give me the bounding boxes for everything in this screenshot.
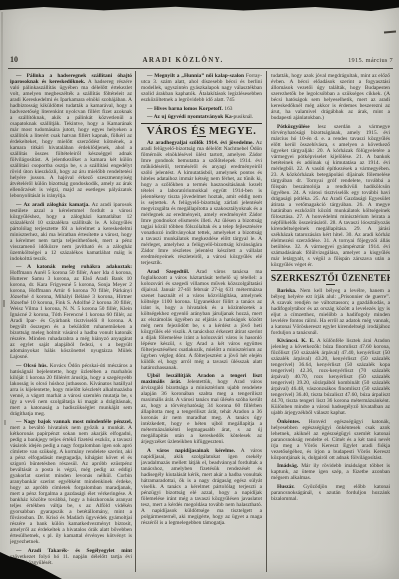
section-varos-es-megye: VÁROS ÉS MEGYE. (141, 123, 262, 138)
scan-artifact-left-edge (1, 12, 3, 572)
section-divider-tick (326, 284, 335, 285)
masthead: 10 ARADI KÖZLÖNY. 1915. március 7 (10, 55, 393, 64)
item-text: Hoffmann Aurél 5 korona 50 fillér, Auer … (10, 270, 132, 360)
column-1: — Pálinka a hadseregnek szállítani óhajt… (10, 73, 132, 573)
news-item-palinka: — Pálinka a hadseregnek szállítani óhajt… (10, 73, 132, 199)
article-potkozgyules: Pótközgyülése lesz szerdán a vármegye tö… (271, 124, 390, 268)
column-3: tudatták, hogy azok jóval megdrágultak, … (271, 73, 390, 573)
message-kivancsi: Kiváncsi. K. E. A különféle lisztek árai… (271, 338, 390, 416)
article-text: Jelentettük, hogy Arad város árvizsgáló … (141, 379, 262, 445)
message-text: A különféle lisztek árai Aradon jelenleg… (271, 338, 390, 416)
column-2: — Megnyilt a „Hunnia” női kalap-szalon F… (141, 73, 262, 573)
article-text: lesz szerdán a vármegye törvényhatósági … (271, 124, 390, 268)
message-onkentes: Önkéntes. Honvéd egészségügyi katonák, h… (271, 419, 390, 461)
article-tengeri-liszt: Ujból leszállítják Aradon a tengeri lisz… (141, 373, 262, 445)
newspaper-title: ARADI KÖZLÖNY. (142, 56, 223, 64)
article-text: tudatták, hogy azok jóval megdrágultak, … (271, 73, 390, 121)
section-title: VÁROS ÉS MEGYE. (141, 128, 262, 134)
column-divider (266, 71, 267, 572)
article-text: A város napidíjasai, akik szolgálatukat … (141, 448, 262, 526)
item-lead: — Hives barna lomos Korpetoff. (147, 106, 223, 112)
article-text: Az aradi felügyelő-bizottság ma délelőtt… (141, 140, 262, 266)
message-text: Nem kell bélyeg a levélre, hanem a bélye… (271, 288, 390, 336)
message-bariska: Bariska. Nem kell bélyeg a levélre, hane… (271, 288, 390, 336)
scan-artifact-top-bar (0, 0, 399, 12)
masthead-rule (8, 68, 393, 69)
article-arad-szegedtol: Arad Szegedtől. Arad város tanácsa ma fo… (141, 269, 262, 371)
article-szolok-jovedelme: Az aradhegyaljai szőlők 1914. évi jövede… (141, 140, 262, 266)
section-szerkesztoi-uzenetek: SZERKESZTŐI ÜZENETEK. (271, 270, 390, 285)
scan-speck (4, 420, 6, 425)
section-title: SZERKESZTŐI ÜZENETEK. (271, 275, 390, 281)
column-divider (135, 71, 136, 572)
article-continuation: tudatták, hogy azok jóval megdrágultak, … (271, 73, 390, 121)
item-text: pusiknál. (234, 114, 254, 120)
newspaper-page: 10 ARADI KÖZLÖNY. 1915. március 7 — Páli… (0, 0, 399, 579)
article-napidijasok: A város napidíjasainak kérelme. A város … (141, 448, 262, 526)
news-item-penz: — Nagy bajok vannak most mindenféle pénz… (10, 419, 132, 545)
message-text: Honvéd egészségügyi katonák, helyesebben… (271, 419, 390, 461)
news-item-olcso-hus: — Olcsó hús. Kovács Ödön pécskai-úti més… (10, 363, 132, 417)
news-item-adakozas: — A katonák meleg ruhákra adakoztak: Hof… (10, 264, 132, 360)
scan-artifact-dash (384, 30, 396, 33)
scan-speck (3, 300, 5, 307)
message-imadsag: Imádság. Már ily rövidebb imádságot több… (271, 463, 390, 481)
item-lead: — Az uj ügyvédi nyomtatványok Ka- (147, 114, 234, 120)
classified-item-korpetoff: — Hives barna lomos Korpetoff. 163 (141, 106, 262, 112)
classified-item-nyomtatvanyok: — Az uj ügyvédi nyomtatványok Ka-pusikná… (141, 114, 262, 120)
item-text: Kovács Ödön pécskai-úti mészáros a hatós… (10, 363, 132, 417)
classified-item-hunnia: — Megnyilt a „Hunnia” női kalap-szalon F… (141, 73, 262, 103)
item-text: mert a beváltó hivatalok nem győzik a mu… (10, 425, 132, 545)
news-item-zaloghaz: — Az aradi zálogház kamatja. Az aradi ip… (10, 202, 132, 262)
message-huszar: Huszár. Győződjön meg előbb katonai para… (271, 484, 390, 502)
page-number: 10 (10, 55, 18, 64)
item-text: 163 (223, 106, 233, 112)
item-text: Az aradi iparosok testülete azzal a kére… (10, 202, 132, 262)
issue-date: 1915. március 7 (348, 57, 393, 64)
article-text: Arad város tanácsa ma foglalkozott a vár… (141, 269, 262, 371)
item-text: A hadsereg részére való pálinkaszállítás… (10, 79, 132, 199)
